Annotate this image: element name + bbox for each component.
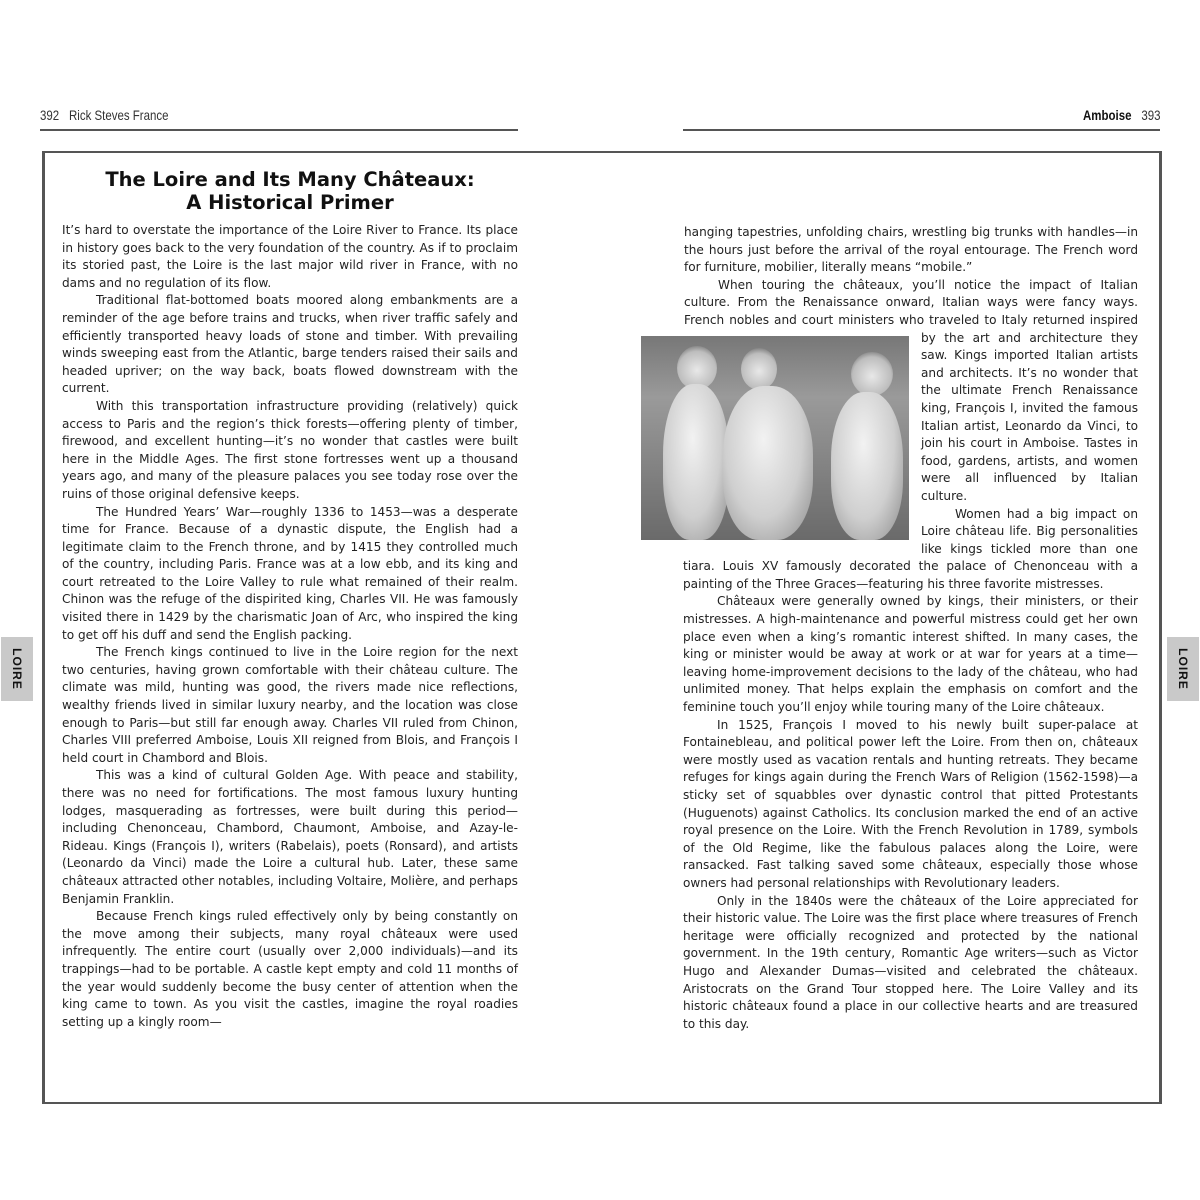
paragraph: It’s hard to overstate the importance of… (62, 222, 518, 292)
paragraph: With this transportation infrastructure … (62, 398, 518, 504)
header-rule-left (40, 129, 518, 131)
paragraph: In 1525, François I moved to his newly b… (683, 717, 1138, 893)
running-head-right: Amboise 393 (1083, 104, 1160, 126)
paragraph: hanging tapestries, unfolding chairs, wr… (683, 224, 1138, 277)
right-column: hanging tapestries, unfolding chairs, wr… (683, 224, 1138, 1033)
thumb-tab-label: LOIRE (10, 648, 24, 690)
left-column: It’s hard to overstate the importance of… (62, 222, 518, 1031)
page-number-right: 393 (1141, 107, 1160, 123)
page-number-left: 392 (40, 107, 59, 123)
thumb-tab-label: LOIRE (1176, 648, 1190, 690)
thumb-tab-right: LOIRE (1167, 637, 1199, 701)
title-line-1: The Loire and Its Many Châteaux: (62, 168, 518, 191)
paragraph: Only in the 1840s were the châteaux of t… (683, 893, 1138, 1034)
paragraph: Châteaux were generally owned by kings, … (683, 593, 1138, 716)
thumb-tab-left: LOIRE (1, 637, 33, 701)
paragraph: Traditional flat-bottomed boats moored a… (62, 292, 518, 398)
header-rule-right (683, 129, 1160, 131)
running-head-left: 392 Rick Steves France (40, 104, 169, 126)
paragraph: This was a kind of cultural Golden Age. … (62, 767, 518, 908)
sidebar-title: The Loire and Its Many Châteaux: A Histo… (62, 168, 518, 214)
three-graces-painting (641, 336, 909, 540)
section-title: Amboise (1083, 107, 1131, 123)
paragraph: Because French kings ruled effectively o… (62, 908, 518, 1031)
title-line-2: A Historical Primer (62, 191, 518, 214)
paragraph: The Hundred Years’ War—roughly 1336 to 1… (62, 504, 518, 645)
book-title: Rick Steves France (69, 107, 169, 123)
paragraph: The French kings continued to live in th… (62, 644, 518, 767)
